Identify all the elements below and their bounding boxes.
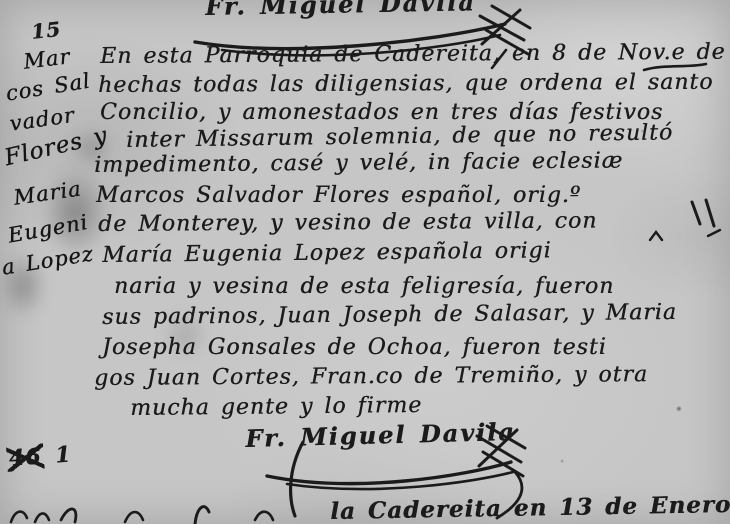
record-text-line: impedimento, casé y velé, in facie ecles…: [94, 148, 623, 178]
next-record-fragment: la Cadereita en 13 de Enero de 1738: [330, 489, 730, 524]
struck-number: 46: [6, 443, 44, 471]
record-text-line: de Monterey, y vesino de esta villa, con: [98, 209, 597, 237]
record-text-line: sus padrinos, Juan Joseph de Salasar, y …: [102, 300, 677, 330]
record-text-line: mucha gente y lo firme: [130, 393, 422, 421]
folio-number-value: 1: [54, 441, 72, 468]
margin-name-line: cos Sal: [4, 69, 92, 106]
record-text-line: hechas todas las diligensias, que ordena…: [98, 70, 714, 98]
record-text-line: María Eugenia Lopez española origi: [102, 238, 552, 268]
folio-number: 46 1: [6, 441, 72, 471]
record-text-line: Marcos Salvador Flores español, orig.º: [96, 183, 581, 208]
record-text-line: gos Juan Cortes, Fran.co de Tremiño, y o…: [94, 362, 648, 391]
margin-name-line: Mar: [22, 44, 72, 74]
record-text-line: naria y vesina de esta feligresía, fuero…: [114, 274, 614, 299]
insertion-caret-marks-icon: [648, 196, 728, 254]
priest-signature-top: Fr. Miguel Davila: [205, 0, 476, 21]
record-text-line: Josepha Gonsales de Ochoa, fueron testi: [102, 335, 607, 360]
priest-signature-bottom: Fr. Miguel Davila: [245, 417, 516, 453]
record-text-line: En esta Parroquia de Cadereita, en 8 de …: [100, 39, 730, 69]
clipped-text-strokes-icon: [5, 498, 325, 524]
entry-number: 15: [30, 17, 62, 44]
document-scan: Fr. Miguel Davila 15 Mar cos Sal vador F…: [0, 0, 730, 524]
